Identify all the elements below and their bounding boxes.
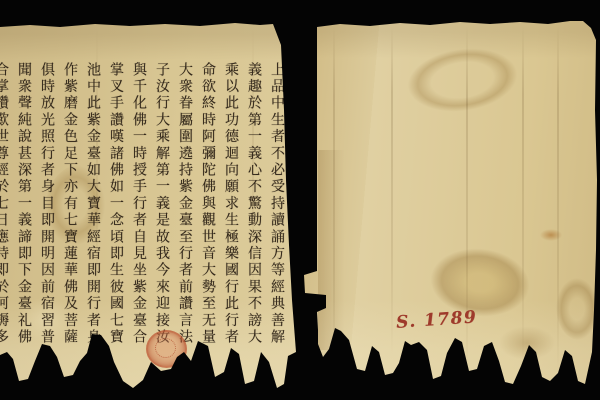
edge-shading [318, 150, 344, 350]
text-column: 乘以此功德迴向願求生極樂國行此行者 [220, 62, 242, 354]
text-column: 作紫磨金色足下亦有七寶蓮華佛及菩薩 [59, 62, 81, 354]
text-column: 命欲終時阿彌陀佛與觀世音大勢至无量 [197, 62, 219, 354]
text-column: 掌叉手讚嘆諸佛如一念頃即生彼國七寶 [105, 62, 127, 354]
crease-line [333, 26, 335, 376]
shelfmark-label: S. 1789 [395, 307, 478, 333]
paper-stain [556, 278, 598, 340]
crease-line [522, 26, 524, 366]
text-column: 與千化佛一時授手行者自見坐紫金臺合 [128, 62, 150, 354]
manuscript-photo: 上品中生者不必受持讀誦方等經典善解 義趣於第一義心不驚動深信因果不謗大 乘以此功… [0, 0, 600, 400]
text-column: 子汝行大乘解第一義是故我今來迎接汝 [151, 62, 173, 354]
text-column: 上品中生者不必受持讀誦方等經典善解 [266, 62, 288, 354]
text-column: 池中此紫金臺如大寶華經宿即開行者身 [82, 62, 104, 354]
vermilion-seal-icon [146, 330, 187, 368]
crease-line [391, 26, 393, 356]
crease-line [557, 26, 559, 376]
text-column: 義趣於第一義心不驚動深信因果不謗大 [243, 62, 265, 354]
text-column: 合掌讚歎世尊經於七日應時即於阿耨多 [0, 62, 12, 354]
water-stain [396, 37, 530, 124]
text-column: 大衆眷屬圍遶持紫金臺至行者前讚言法 [174, 62, 196, 354]
paper-stain [492, 322, 562, 364]
paper-stain [538, 228, 564, 242]
text-column: 俱時放光照行者身目即開明因前宿習普 [36, 62, 58, 354]
text-column: 聞衆聲純說甚深第一義諦即下金臺礼佛 [13, 62, 35, 354]
